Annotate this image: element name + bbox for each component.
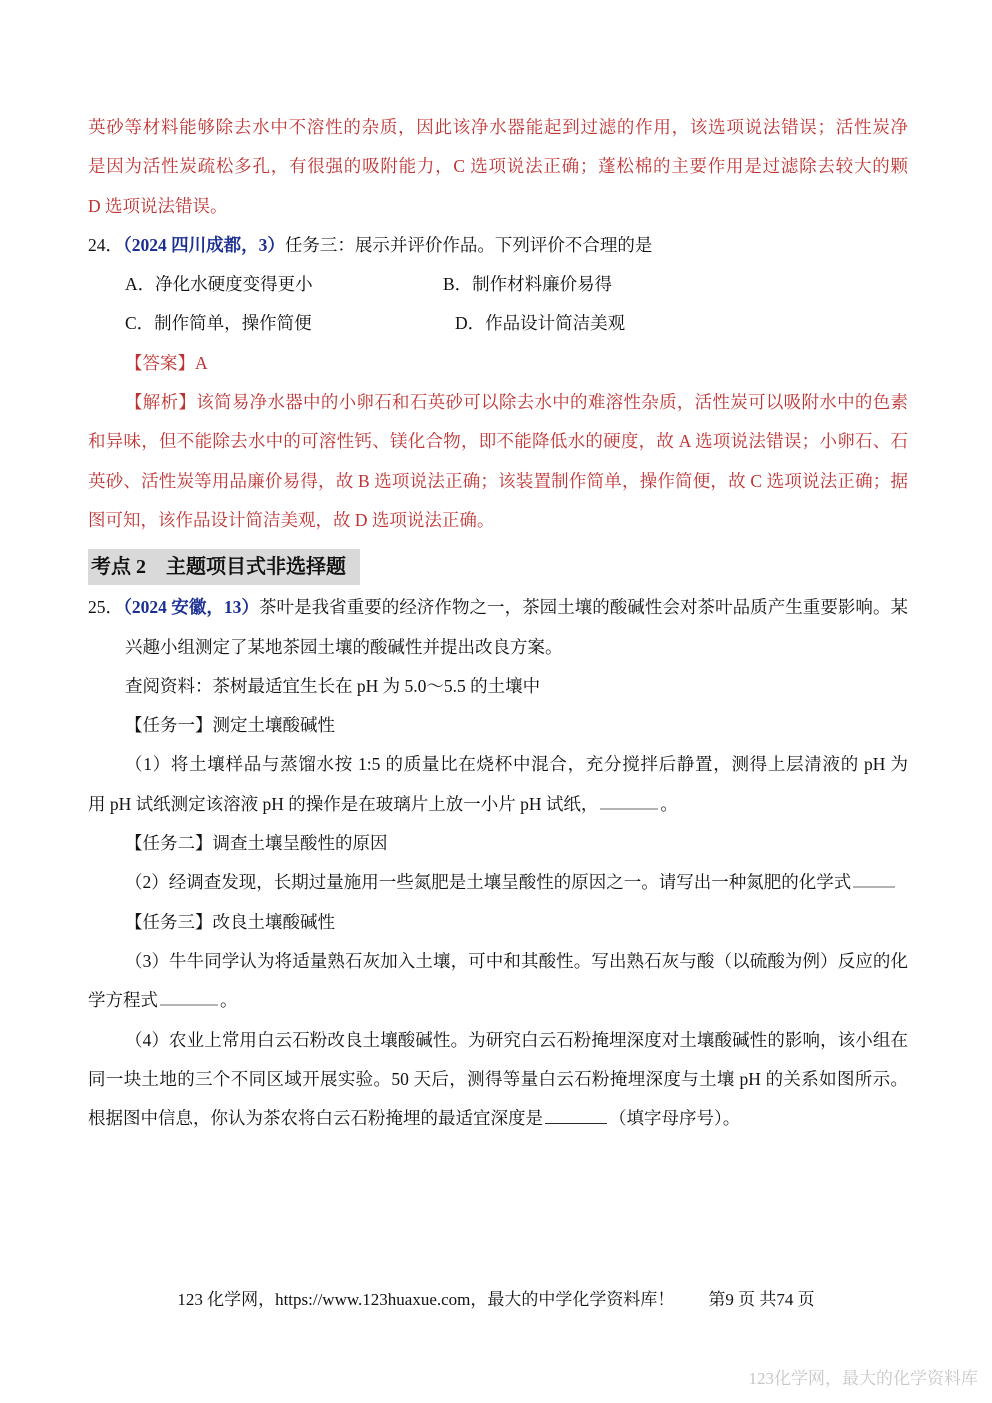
option-a: A．净化水硬度变得更小 (125, 265, 443, 304)
part-2-text: （2）经调查发现，长期过量施用一些氮肥是土壤呈酸性的原因之一。请写出一种氮肥的化… (125, 872, 851, 892)
part-3-text: 学方程式 (88, 990, 158, 1010)
question-24-stem-text: 任务三：展示并评价作品。下列评价不合理的是 (285, 235, 653, 255)
question-24-source: （2024 四川成都，3） (123, 235, 285, 255)
footer-page-number: 第9 页 共74 页 (708, 1290, 814, 1309)
analysis-line: 英砂、活性炭等用品廉价易得，故 B 选项说法正确；该装置制作简单，操作简便，故 … (88, 462, 908, 501)
part-1-line-1: （1）将土壤样品与蒸馏水按 1:5 的质量比在烧杯中混合，充分搅拌后静置，测得上… (88, 745, 908, 784)
analysis-continuation-line: 是因为活性炭疏松多孔，有很强的吸附能力，C 选项说法正确；蓬松棉的主要作用是过滤… (88, 147, 908, 186)
part-3-period: 。 (220, 990, 238, 1010)
part-1-line-2: 用 pH 试纸测定该溶液 pH 的操作是在玻璃片上放一小片 pH 试纸，。 (88, 785, 908, 824)
question-25-stem: 25．（2024 安徽，13）茶叶是我省重要的经济作物之一，茶园土壤的酸碱性会对… (88, 588, 908, 627)
part-4-line-1: （4）农业上常用白云石粉改良土壤酸碱性。为研究白云石粉掩埋深度对土壤酸碱性的影响… (88, 1021, 908, 1060)
answer-blank (160, 991, 218, 1006)
answer-blank (600, 795, 658, 810)
question-25-stem-line-2: 兴趣小组测定了某地茶园土壤的酸碱性并提出改良方案。 (88, 628, 908, 667)
question-24-stem: 24．（2024 四川成都，3）任务三：展示并评价作品。下列评价不合理的是 (88, 226, 908, 265)
part-3-line-2: 学方程式。 (88, 981, 908, 1020)
answer-blank (853, 873, 895, 888)
analysis-continuation-line: D 选项说法错误。 (88, 187, 908, 226)
answer-label: 【答案】A (88, 344, 908, 383)
analysis-continuation-line: 英砂等材料能够除去水中不溶性的杂质，因此该净水器能起到过滤的作用，该选项说法错误… (88, 108, 908, 147)
task-1-heading: 【任务一】测定土壤酸碱性 (88, 706, 908, 745)
document-page: 英砂等材料能够除去水中不溶性的杂质，因此该净水器能起到过滤的作用，该选项说法错误… (0, 0, 992, 1403)
part-4-line-3: 根据图中信息，你认为茶农将白云石粉掩埋的最适宜深度是（填字母序号）。 (88, 1099, 908, 1138)
analysis-line: 和异味，但不能除去水中的可溶性钙、镁化合物，即不能降低水的硬度，故 A 选项说法… (88, 422, 908, 461)
question-25-source: （2024 安徽，13） (123, 597, 259, 617)
part-1-period: 。 (660, 794, 678, 814)
footer-site-text: 123 化学网，https://www.123huaxue.com，最大的中学化… (177, 1290, 674, 1309)
task-2-heading: 【任务二】调查土壤呈酸性的原因 (88, 824, 908, 863)
part-4-text: 根据图中信息，你认为茶农将白云石粉掩埋的最适宜深度是 (88, 1108, 543, 1128)
reference-note: 查阅资料：茶树最适宜生长在 pH 为 5.0～5.5 的土壤中 (88, 667, 908, 706)
analysis-line: 图可知，该作品设计简洁美观，故 D 选项说法正确。 (88, 501, 908, 540)
option-d: D．作品设计简洁美观 (455, 313, 625, 333)
part-4-line-2: 同一块土地的三个不同区域开展实验。50 天后，测得等量白云石粉掩埋深度与土壤 p… (88, 1060, 908, 1099)
question-24-options-row-1: A．净化水硬度变得更小B．制作材料廉价易得 (88, 265, 908, 304)
page-watermark: 123化学网，最大的化学资料库 (749, 1364, 979, 1389)
question-25-stem-text: 茶叶是我省重要的经济作物之一，茶园土壤的酸碱性会对茶叶品质产生重要影响。某 (259, 597, 908, 617)
question-24-options-row-2: C．制作简单，操作简便D．作品设计简洁美观 (88, 304, 908, 343)
part-1-text: 用 pH 试纸测定该溶液 pH 的操作是在玻璃片上放一小片 pH 试纸， (88, 794, 598, 814)
option-b: B．制作材料廉价易得 (443, 274, 612, 294)
answer-blank (545, 1110, 607, 1124)
task-3-heading: 【任务三】改良土壤酸碱性 (88, 903, 908, 942)
question-25-number: 25． (88, 597, 123, 617)
part-2-line: （2）经调查发现，长期过量施用一些氮肥是土壤呈酸性的原因之一。请写出一种氮肥的化… (88, 863, 908, 902)
part-4-tail: （填字母序号）。 (609, 1108, 740, 1128)
question-24-number: 24． (88, 235, 123, 255)
analysis-line: 【解析】该简易净水器中的小卵石和石英砂可以除去水中的难溶性杂质，活性炭可以吸附水… (88, 383, 908, 422)
document-body: 英砂等材料能够除去水中不溶性的杂质，因此该净水器能起到过滤的作用，该选项说法错误… (88, 108, 908, 1138)
option-c: C．制作简单，操作简便 (125, 304, 455, 343)
section-heading: 考点 2 主题项目式非选择题 (88, 549, 360, 585)
part-3-line-1: （3）牛牛同学认为将适量熟石灰加入土壤，可中和其酸性。写出熟石灰与酸（以硫酸为例… (88, 942, 908, 981)
page-footer: 123 化学网，https://www.123huaxue.com，最大的中学化… (0, 1288, 992, 1312)
section-heading-row: 考点 2 主题项目式非选择题 (88, 542, 908, 588)
